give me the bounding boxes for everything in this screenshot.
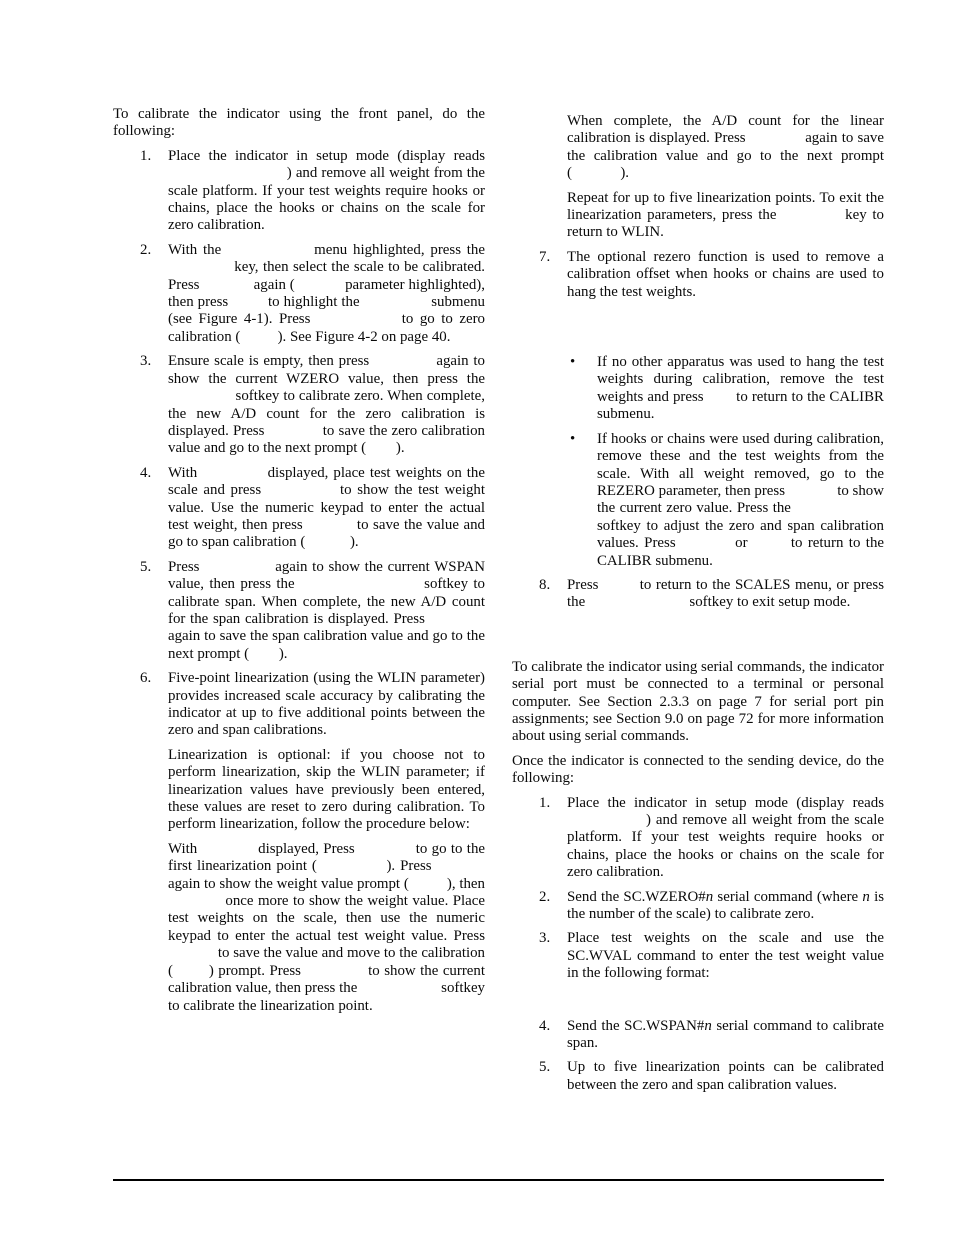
list-item-text: Five-point linearization (using the WLIN… (168, 670, 485, 740)
blank-gap (512, 301, 884, 347)
blank-gap (512, 612, 884, 652)
list-number: 1. (140, 148, 151, 165)
list-item-7: 7. The optional rezero function is used … (512, 249, 884, 301)
list-item-text: With displayed, place test weights on th… (168, 465, 485, 552)
list-number: 6. (140, 670, 151, 687)
footer-rule (113, 1179, 884, 1181)
italic-variable-n: n (862, 889, 869, 905)
list-number: 7. (539, 249, 550, 266)
intro-paragraph: To calibrate the indicator using the fro… (113, 106, 485, 141)
list-item-text: Send the SC.WZERO#n serial command (wher… (567, 889, 884, 924)
bullet-marker: • (570, 354, 575, 371)
serial-list-item-2: 2. Send the SC.WZERO#n serial command (w… (512, 889, 884, 924)
list-item-6-paragraph-2: Linearization is optional: if you choose… (113, 747, 485, 834)
serial-list-item-5: 5. Up to five linearization points can b… (512, 1059, 884, 1094)
serial-list-item-1: 1. Place the indicator in setup mode (di… (512, 795, 884, 882)
list-item-text: Up to five linearization points can be c… (567, 1059, 884, 1094)
list-number: 8. (539, 577, 550, 594)
text-segment: Send the SC.WZERO# (567, 889, 706, 905)
bullet-item-text: If hooks or chains were used during cali… (597, 431, 884, 570)
bullet-item-text: If no other apparatus was used to hang t… (597, 354, 884, 424)
list-number: 3. (140, 353, 151, 370)
list-item-3: 3. Ensure scale is empty, then press aga… (113, 353, 485, 457)
blank-gap (512, 983, 884, 1011)
document-page: To calibrate the indicator using the fro… (0, 0, 954, 1235)
bullet-item-1: • If no other apparatus was used to hang… (512, 354, 884, 424)
list-item-4: 4. With displayed, place test weights on… (113, 465, 485, 552)
list-item-6: 6. Five-point linearization (using the W… (113, 670, 485, 740)
list-item-1: 1. Place the indicator in setup mode (di… (113, 148, 485, 235)
list-item-text: Send the SC.WSPAN#n serial command to ca… (567, 1018, 884, 1053)
list-item-text: The optional rezero function is used to … (567, 249, 884, 301)
serial-list-item-3: 3. Place test weights on the scale and u… (512, 930, 884, 982)
serial-intro-paragraph-1: To calibrate the indicator using serial … (512, 659, 884, 746)
right-column: When complete, the A/D count for the lin… (512, 106, 884, 1094)
list-item-text: Place the indicator in setup mode (displ… (567, 795, 884, 882)
list-number: 5. (539, 1059, 550, 1076)
list-number: 1. (539, 795, 550, 812)
list-number: 3. (539, 930, 550, 947)
list-item-text: Place the indicator in setup mode (displ… (168, 148, 485, 235)
list-number: 4. (140, 465, 151, 482)
list-number: 5. (140, 559, 151, 576)
list-number: 2. (140, 242, 151, 259)
list-item-6-continuation-2: Repeat for up to five linearization poin… (512, 190, 884, 242)
list-item-text: Press again to show the current WSPAN va… (168, 559, 485, 663)
list-item-6-continuation-1: When complete, the A/D count for the lin… (512, 113, 884, 183)
list-number: 4. (539, 1018, 550, 1035)
bullet-item-2: • If hooks or chains were used during ca… (512, 431, 884, 570)
list-item-2: 2. With the menu highlighted, press the … (113, 242, 485, 346)
list-item-text: Place test weights on the scale and use … (567, 930, 884, 982)
text-segment: serial command (where (713, 889, 862, 905)
list-item-text: With the menu highlighted, press the key… (168, 242, 485, 346)
two-column-layout: To calibrate the indicator using the fro… (0, 0, 954, 1094)
list-item-text: Ensure scale is empty, then press again … (168, 353, 485, 457)
serial-list-item-4: 4. Send the SC.WSPAN#n serial command to… (512, 1018, 884, 1053)
text-segment: Send the SC.WSPAN# (567, 1018, 704, 1034)
list-number: 2. (539, 889, 550, 906)
serial-intro-paragraph-2: Once the indicator is connected to the s… (512, 753, 884, 788)
list-item-8: 8. Press to return to the SCALES menu, o… (512, 577, 884, 612)
list-item-6-paragraph-3: With displayed, Press to go to the first… (113, 841, 485, 1015)
bullet-marker: • (570, 431, 575, 448)
left-column: To calibrate the indicator using the fro… (113, 106, 485, 1015)
list-item-5: 5. Press again to show the current WSPAN… (113, 559, 485, 663)
list-item-text: Press to return to the SCALES menu, or p… (567, 577, 884, 612)
italic-variable-n: n (704, 1018, 711, 1034)
